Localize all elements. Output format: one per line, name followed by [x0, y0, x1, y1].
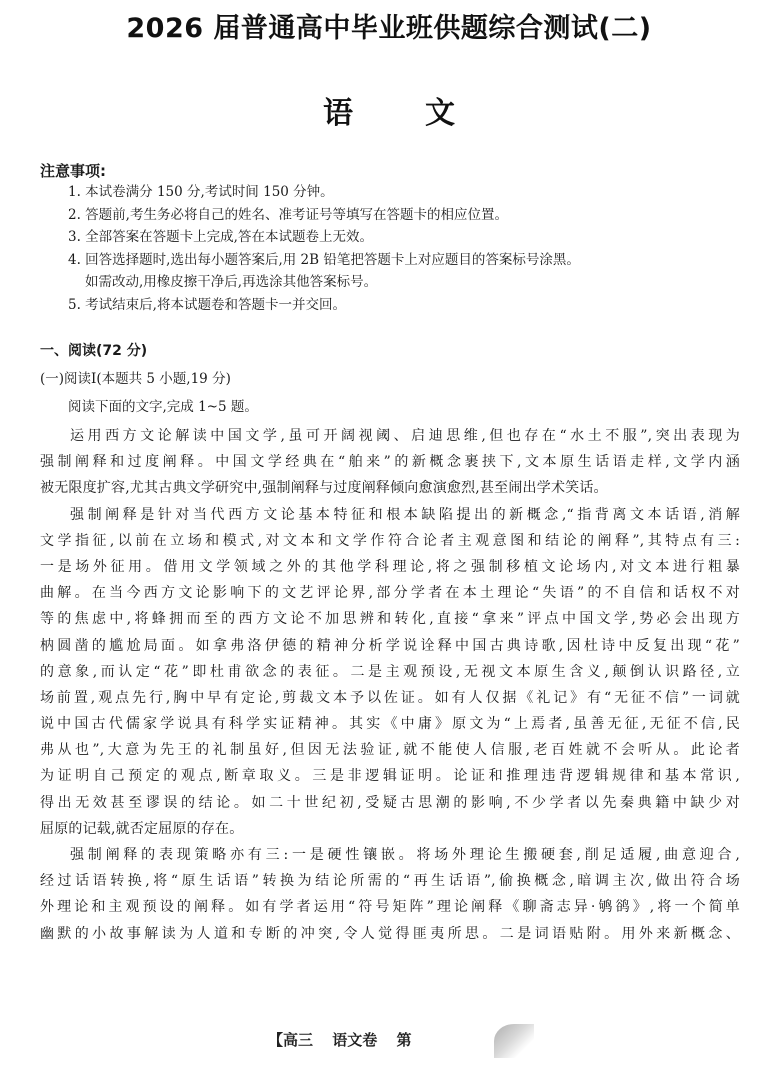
subject-char-2: 文	[425, 88, 455, 132]
footer-subject: 语文卷	[332, 1031, 377, 1049]
notice-item: 3. 全部答案在答题卡上完成,答在本试题卷上无效。	[68, 226, 748, 249]
passage-line: 强制阐释的表现策略亦有三:一是硬性镶嵌。将场外理论生搬硬套,削足适履,曲意迎合,	[40, 842, 740, 868]
passage-line: 等的焦虑中,将蜂拥而至的西方文论不加思辨和转化,直接“拿来”评点中国文学,势必会…	[40, 606, 740, 632]
passage-line: 场前置,观点先行,胸中早有定论,剪裁文本予以佐证。如有人仅据《礼记》有“无征不信…	[40, 685, 740, 711]
passage-line: 为证明自己预定的观点,断章取义。三是非逻辑证明。论证和推理违背逻辑规律和基本常识…	[40, 763, 740, 789]
notice-item: 4. 回答选择题时,选出每小题答案后,用 2B 铅笔把答题卡上对应题目的答案标号…	[68, 249, 748, 272]
passage-line: 幽默的小故事解读为人道和专断的冲突,令人觉得匪夷所思。二是词语贴附。用外来新概念…	[40, 921, 740, 947]
reading-passage: 运用西方文论解读中国文学,虽可开阔视阈、启迪思维,但也存在“水土不服”,突出表现…	[40, 423, 740, 947]
passage-line: 枘圆凿的尴尬局面。如拿弗洛伊德的精神分析学说诠释中国古典诗歌,因杜诗中反复出现“…	[40, 633, 740, 659]
footer-page: 第	[397, 1031, 412, 1049]
passage-line: 强制阐释是针对当代西方文论基本特征和根本缺陷提出的新概念,“指背离文本话语,消解	[40, 502, 740, 528]
page-curl-icon	[494, 1024, 534, 1058]
passage-line: 说中国古代儒家学说具有科学实证精神。其实《中庸》原文为“上焉者,虽善无征,无征不…	[40, 711, 740, 737]
notice-item-continuation: 如需改动,用橡皮擦干净后,再选涂其他答案标号。	[68, 271, 748, 294]
subject-char-1: 语	[323, 88, 353, 132]
passage-line: 经过话语转换,将“原生话语”转换为结论所需的“再生话语”,偷换概念,暗调主次,做…	[40, 868, 740, 894]
passage-line: 弗从也”,大意为先王的礼制虽好,但因无法验证,就不能使人信服,老百姓就不会听从。…	[40, 737, 740, 763]
exam-title: 2026 届普通高中毕业班供题综合测试(二)	[0, 6, 778, 45]
subject-title: 语文	[0, 88, 778, 132]
section-heading: 一、阅读(72 分)	[40, 340, 147, 360]
notice-heading: 注意事项:	[40, 160, 106, 181]
passage-line: 的意象,而认定“花”即杜甫欲念的表征。二是主观预设,无视文本原生含义,颠倒认识路…	[40, 659, 740, 685]
passage-line: 曲解。在当今西方文论影响下的文艺评论界,部分学者在本土理论“失语”的不自信和话权…	[40, 580, 740, 606]
passage-line: 文学指征,以前在立场和模式,对文本和文学作符合论者主观意图和结论的阐释”,其特点…	[40, 528, 740, 554]
passage-line: 一是场外征用。借用文学领域之外的其他学科理论,将之强制移植文论场内,对文本进行粗…	[40, 554, 740, 580]
passage-line: 屈原的记载,就否定屈原的存在。	[40, 816, 740, 842]
passage-line: 运用西方文论解读中国文学,虽可开阔视阈、启迪思维,但也存在“水土不服”,突出表现…	[40, 423, 740, 449]
notice-list: 1. 本试卷满分 150 分,考试时间 150 分钟。 2. 答题前,考生务必将…	[68, 181, 748, 316]
notice-item: 1. 本试卷满分 150 分,考试时间 150 分钟。	[68, 181, 748, 204]
page-footer: 【高三 语文卷 第	[268, 1029, 426, 1050]
passage-line: 强制阐释和过度阐释。中国文学经典在“舶来”的新概念裹挟下,文本原生话语走样,文学…	[40, 449, 740, 475]
passage-line: 外理论和主观预设的阐释。如有学者运用“符号矩阵”理论阐释《聊斋志异·鸲鹆》,将一…	[40, 894, 740, 920]
passage-line: 被无限度扩容,尤其古典文学研究中,强制阐释与过度阐释倾向愈演愈烈,甚至闹出学术笑…	[40, 475, 740, 501]
notice-item: 2. 答题前,考生务必将自己的姓名、准考证号等填写在答题卡的相应位置。	[68, 204, 748, 227]
passage-line: 得出无效甚至谬误的结论。如二十世纪初,受疑古思潮的影响,不少学者以先秦典籍中缺少…	[40, 790, 740, 816]
subsection-heading: (一)阅读Ⅰ(本题共 5 小题,19 分)	[40, 367, 231, 387]
footer-grade: 【高三	[268, 1031, 313, 1049]
reading-instruction: 阅读下面的文字,完成 1~5 题。	[68, 395, 258, 415]
notice-item: 5. 考试结束后,将本试题卷和答题卡一并交回。	[68, 294, 748, 317]
